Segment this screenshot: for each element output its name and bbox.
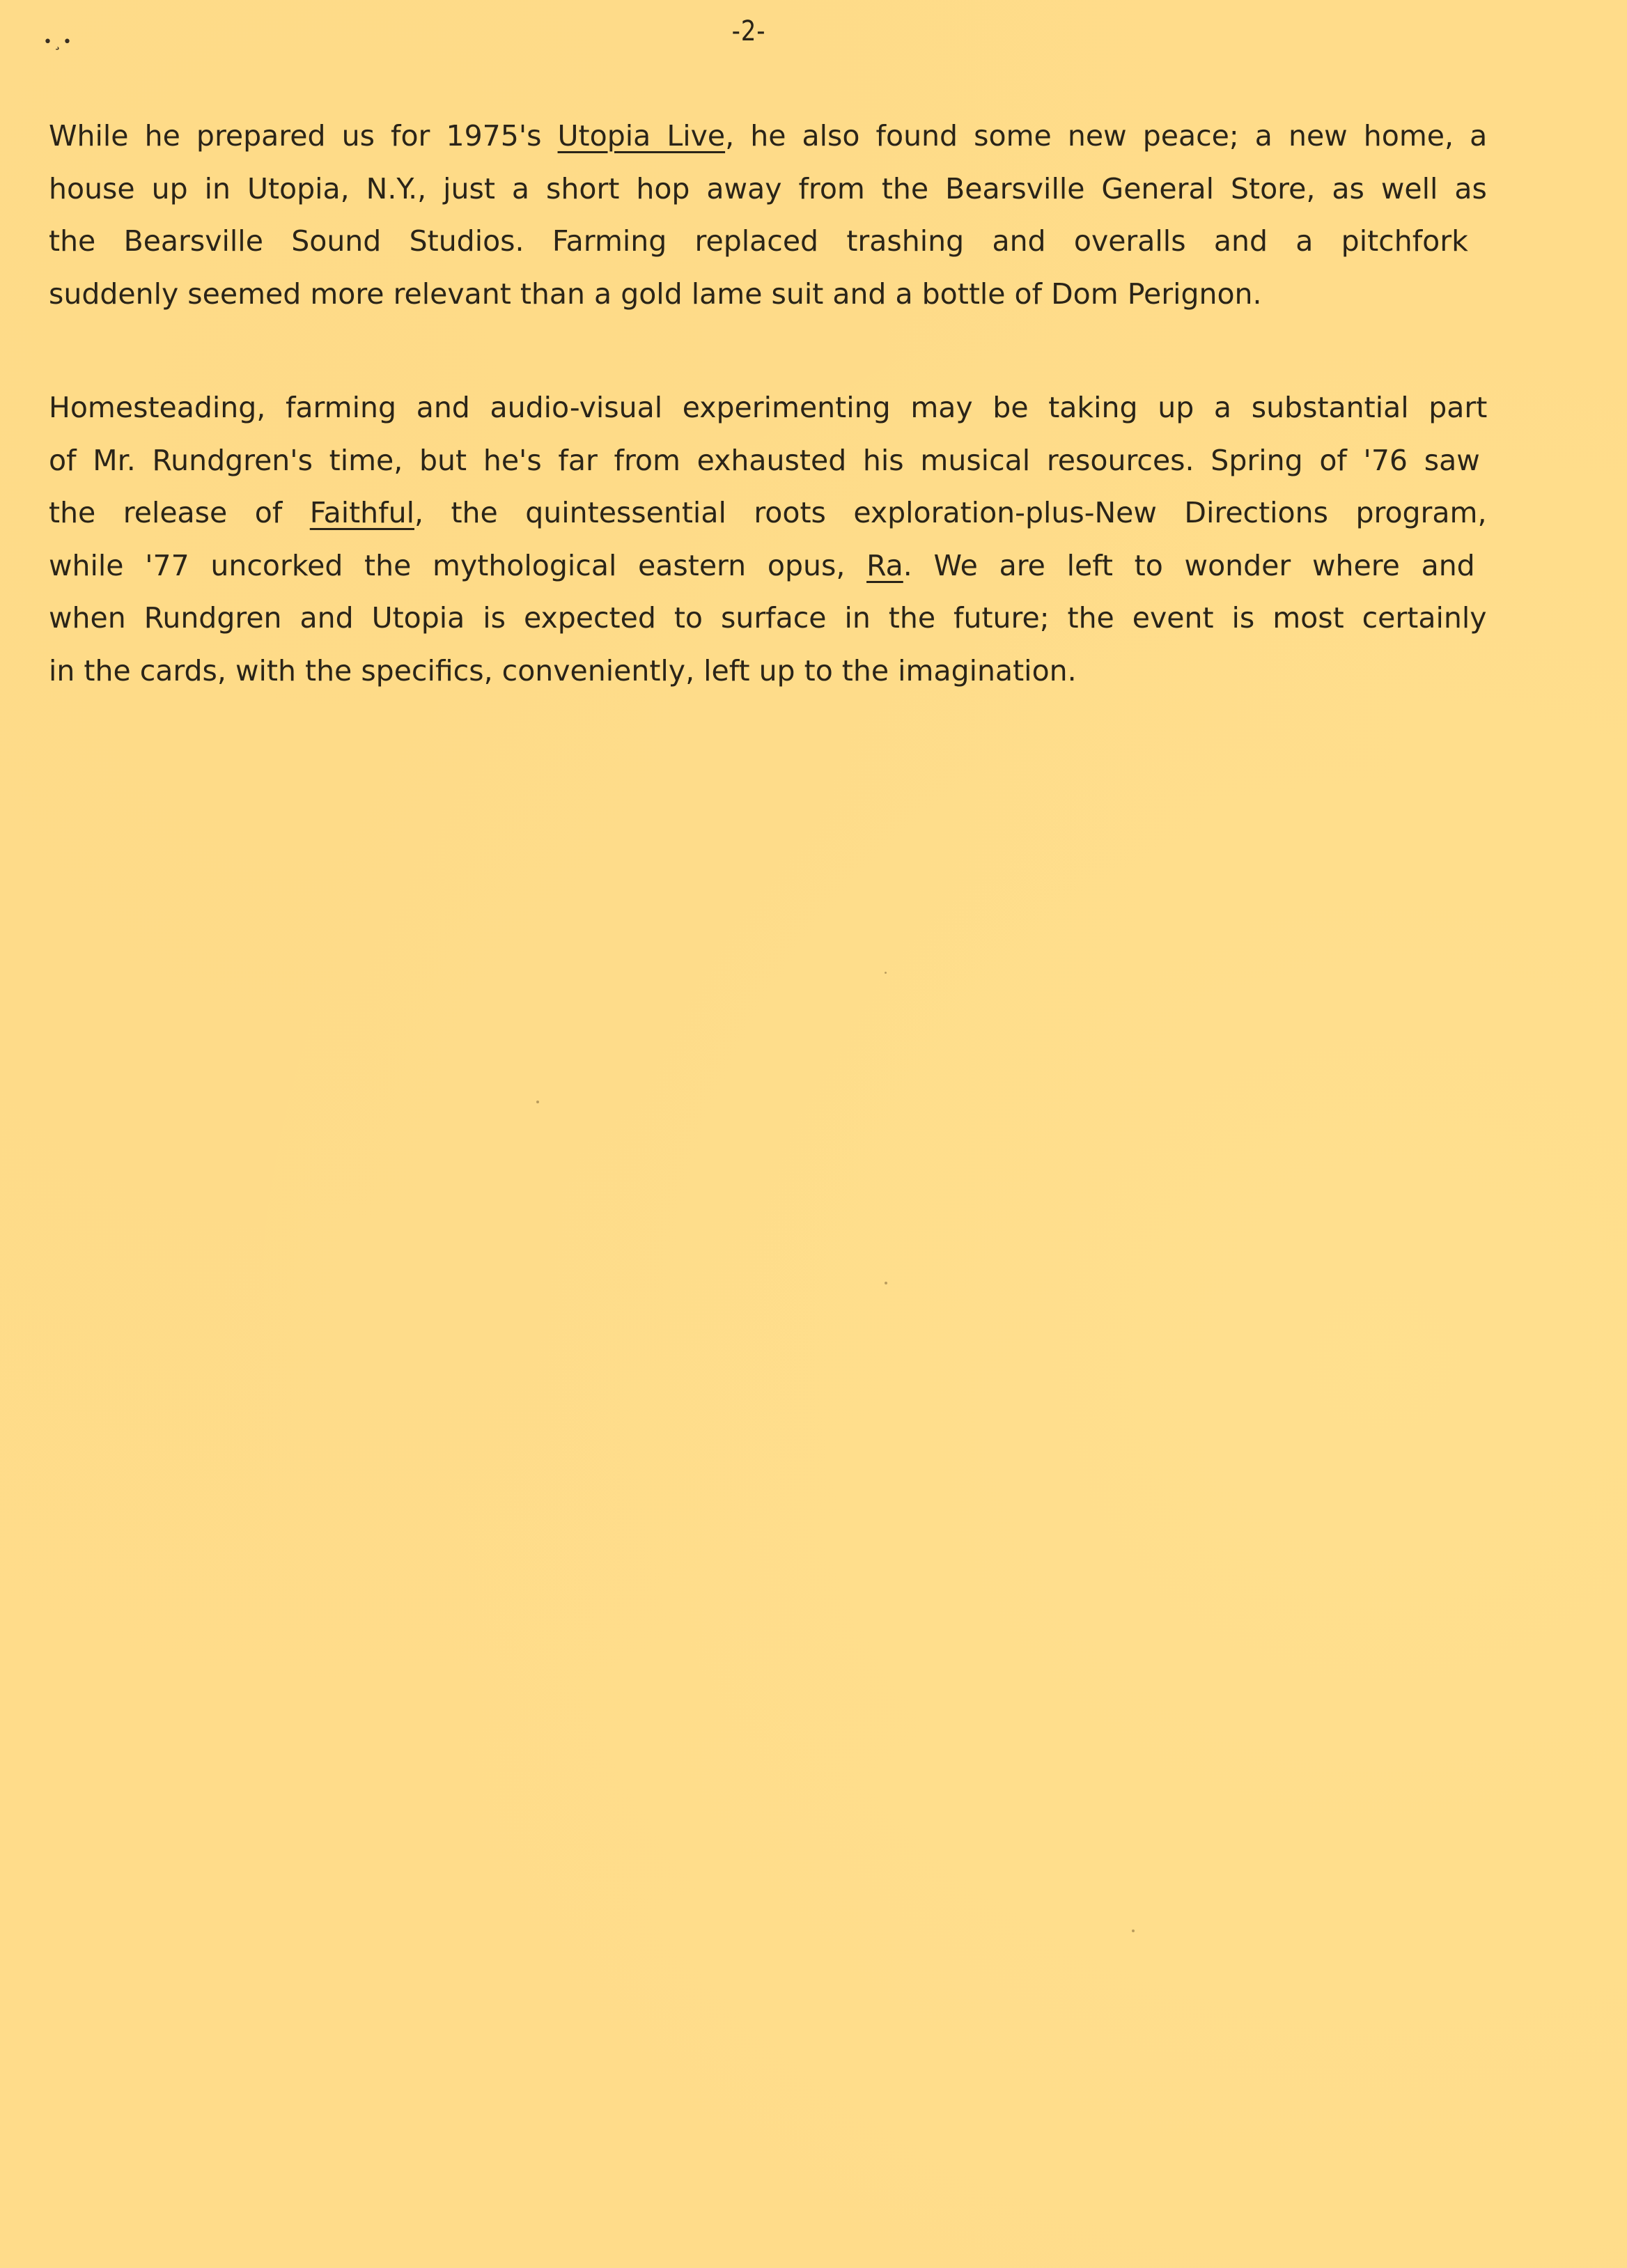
paper-speck <box>885 1282 887 1284</box>
paper-speck <box>536 1101 539 1103</box>
corner-ink-mark: •¸• <box>43 33 73 51</box>
text-segment: the Bearsville Sound Studios. Farming re… <box>49 224 1468 258</box>
underlined-title: Ra <box>866 549 903 582</box>
paper-speck <box>1132 1929 1135 1932</box>
text-segment: while '77 uncorked the mythological east… <box>49 549 866 582</box>
text-line: in the cards, with the specifics, conven… <box>49 645 1487 698</box>
underlined-title: Utopia Live <box>558 119 726 153</box>
text-segment: , the quintessential roots exploration-p… <box>414 496 1487 529</box>
text-line: suddenly seemed more relevant than a gol… <box>49 268 1487 321</box>
text-segment: the release of <box>49 496 310 529</box>
text-line: while '77 uncorked the mythological east… <box>49 540 1487 593</box>
paragraph-1: While he prepared us for 1975's Utopia L… <box>49 110 1487 320</box>
text-line: the release of Faithful, the quintessent… <box>49 487 1487 540</box>
text-line: when Rundgren and Utopia is expected to … <box>49 592 1487 645</box>
text-segment: when Rundgren and Utopia is expected to … <box>49 601 1487 635</box>
underlined-title: Faithful <box>310 496 414 529</box>
paper-speck <box>885 972 887 974</box>
text-segment: . We are left to wonder where and <box>903 549 1475 582</box>
text-segment: house up in Utopia, N.Y., just a short h… <box>49 172 1487 205</box>
paragraph-2: Homesteading, farming and audio-visual e… <box>49 382 1487 697</box>
text-segment: , he also found some new peace; a new ho… <box>725 119 1487 153</box>
text-segment: suddenly seemed more relevant than a gol… <box>49 277 1262 311</box>
text-line: Homesteading, farming and audio-visual e… <box>49 382 1487 435</box>
text-line: While he prepared us for 1975's Utopia L… <box>49 110 1487 163</box>
text-line: the Bearsville Sound Studios. Farming re… <box>49 215 1487 268</box>
text-line: house up in Utopia, N.Y., just a short h… <box>49 163 1487 216</box>
text-line: of Mr. Rundgren's time, but he's far fro… <box>49 435 1487 488</box>
paper-background <box>0 0 1627 2268</box>
text-segment: in the cards, with the specifics, conven… <box>49 654 1077 688</box>
text-segment: of Mr. Rundgren's time, but he's far fro… <box>49 444 1480 477</box>
text-segment: Homesteading, farming and audio-visual e… <box>49 391 1487 424</box>
text-segment: While he prepared us for 1975's <box>49 119 558 153</box>
page-number: -2- <box>728 15 770 47</box>
